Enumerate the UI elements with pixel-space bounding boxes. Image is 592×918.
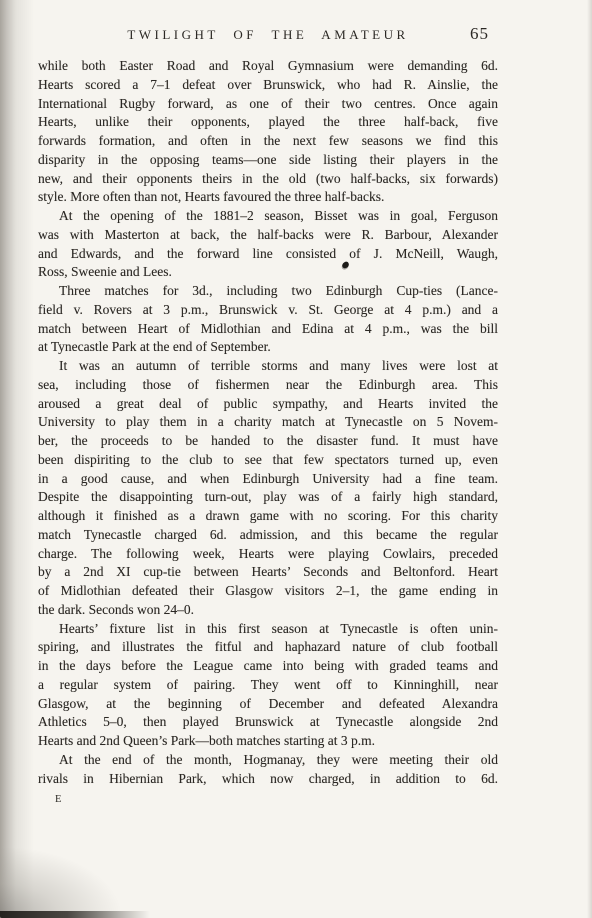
text-line: Despite the disappointing turn-out, play… (38, 488, 498, 507)
text-line: a regular system of pairing. They went o… (38, 676, 498, 695)
text-line: in a good cause, and when Edinburgh Univ… (38, 470, 498, 489)
paragraph: Hearts’ fixture list in this first seaso… (38, 620, 498, 751)
text-line: Three matches for 3d., including two Edi… (38, 282, 498, 301)
page-body: while both Easter Road and Royal Gymnasi… (38, 57, 498, 788)
corner-smudge (0, 848, 120, 918)
paragraph: It was an autumn of terrible storms and … (38, 357, 498, 620)
text-line: field v. Rovers at 3 p.m., Brunswick v. … (38, 301, 498, 320)
text-line: forwards formation, and often in the nex… (38, 132, 498, 151)
paragraph: while both Easter Road and Royal Gymnasi… (38, 57, 498, 207)
text-line: at Tynecastle Park at the end of Septemb… (38, 338, 498, 357)
text-line: It was an autumn of terrible storms and … (38, 357, 498, 376)
text-line: been dispiriting to the club to see that… (38, 451, 498, 470)
printer-signature: E (55, 794, 62, 805)
text-line: charge. The following week, Hearts were … (38, 545, 498, 564)
paragraph: At the end of the month, Hogmanay, they … (38, 751, 498, 789)
gutter-shadow (0, 0, 34, 918)
text-line: while both Easter Road and Royal Gymnasi… (38, 57, 498, 76)
text-line: the dark. Seconds won 24–0. (38, 601, 498, 620)
text-line: new, and their opponents theirs in the o… (38, 170, 498, 189)
chapter-title: TWILIGHT OF THE AMATEUR (38, 27, 498, 43)
text-line: Hearts, unlike their opponents, played t… (38, 113, 498, 132)
text-line: Ross, Sweenie and Lees. (38, 263, 498, 282)
text-line: At the opening of the 1881–2 season, Bis… (38, 207, 498, 226)
text-line: International Rugby forward, as one of t… (38, 95, 498, 114)
bottom-edge-shadow (0, 911, 150, 918)
text-line: sea, including those of fishermen near t… (38, 376, 498, 395)
text-line: University to play them in a charity mat… (38, 413, 498, 432)
text-line: by a 2nd XI cup-tie between Hearts’ Seco… (38, 563, 498, 582)
text-line: Hearts and 2nd Queen’s Park—both matches… (38, 732, 498, 751)
text-line: spiring, and illustrates the fitful and … (38, 638, 498, 657)
text-line: rivals in Hibernian Park, which now char… (38, 770, 498, 789)
text-line: was with Masterton at back, the half-bac… (38, 226, 498, 245)
text-line: although it finished as a drawn game wit… (38, 507, 498, 526)
book-page: TWILIGHT OF THE AMATEUR 65 while both Ea… (0, 0, 592, 918)
right-edge-shadow (587, 0, 592, 918)
text-line: and Edwards, and the forward line consis… (38, 245, 498, 264)
page-number: 65 (470, 24, 489, 44)
text-line: Hearts’ fixture list in this first seaso… (38, 620, 498, 639)
text-line: Hearts scored a 7–1 defeat over Brunswic… (38, 76, 498, 95)
text-line: Athletics 5–0, then played Brunswick at … (38, 713, 498, 732)
text-line: match Tynecastle charged 6d. admission, … (38, 526, 498, 545)
paragraph: At the opening of the 1881–2 season, Bis… (38, 207, 498, 282)
paragraph: Three matches for 3d., including two Edi… (38, 282, 498, 357)
text-line: style. More often than not, Hearts favou… (38, 188, 498, 207)
text-line: Glasgow, at the beginning of December an… (38, 695, 498, 714)
text-line: match between Heart of Midlothian and Ed… (38, 320, 498, 339)
text-line: At the end of the month, Hogmanay, they … (38, 751, 498, 770)
text-line: ber, the proceeds to be handed to the di… (38, 432, 498, 451)
text-line: in the days before the League came into … (38, 657, 498, 676)
running-header: TWILIGHT OF THE AMATEUR 65 (38, 27, 498, 49)
text-line: disparity in the opposing teams—one side… (38, 151, 498, 170)
text-line: aroused a great deal of public sympathy,… (38, 395, 498, 414)
text-line: of Midlothian defeated their Glasgow vis… (38, 582, 498, 601)
